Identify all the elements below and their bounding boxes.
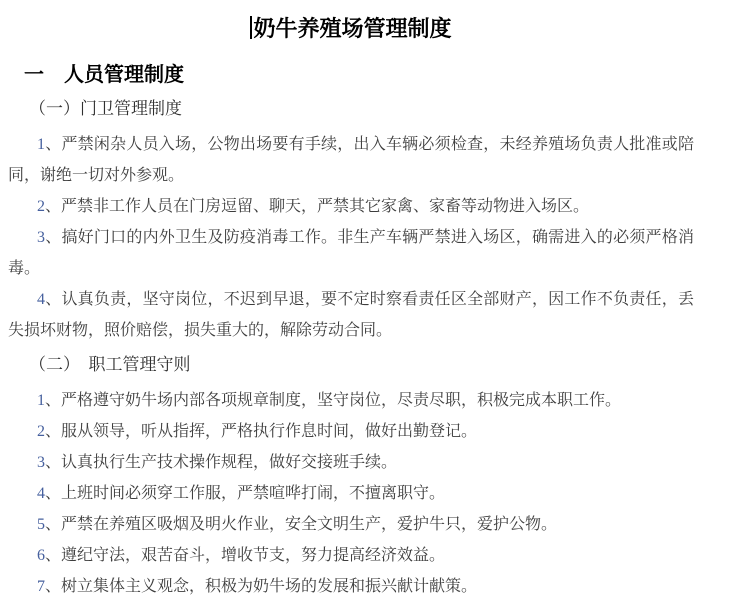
item-text: 严禁非工作人员在门房逗留、聊天，严禁其它家禽、家畜等动物进入场区。 xyxy=(61,198,589,215)
section-heading: （二） 职工管理守则 xyxy=(29,353,694,377)
item-separator: 、 xyxy=(45,454,61,471)
item-number: 3 xyxy=(37,454,45,471)
item-text: 搞好门口的内外卫生及防疫消毒工作。非生产车辆严禁进入场区，确需进入的必须严格消毒… xyxy=(8,229,694,277)
item-number: 2 xyxy=(37,198,45,215)
item-number: 2 xyxy=(37,423,45,440)
item-number: 1 xyxy=(37,136,45,153)
item-text: 遵纪守法，艰苦奋斗，增收节支，努力提高经济效益。 xyxy=(61,547,445,564)
item-separator: 、 xyxy=(45,578,61,595)
document-title: 奶牛养殖场管理制度 xyxy=(253,16,451,41)
item-separator: 、 xyxy=(45,392,61,409)
item-separator: 、 xyxy=(45,485,61,502)
item-separator: 、 xyxy=(45,229,61,246)
item-separator: 、 xyxy=(45,547,61,564)
section-heading: （一）门卫管理制度 xyxy=(29,97,694,121)
list-item: 1、严格遵守奶牛场内部各项规章制度，坚守岗位，尽责尽职，积极完成本职工作。 xyxy=(8,385,694,416)
item-separator: 、 xyxy=(45,198,61,215)
item-number: 4 xyxy=(37,291,45,308)
item-separator: 、 xyxy=(45,136,61,153)
list-item: 4、认真负责，坚守岗位，不迟到早退，要不定时察看责任区全部财产，因工作不负责任，… xyxy=(8,284,694,346)
list-item: 6、遵纪守法，艰苦奋斗，增收节支，努力提高经济效益。 xyxy=(8,540,694,571)
item-number: 6 xyxy=(37,547,45,564)
list-item: 4、上班时间必须穿工作服，严禁喧哗打闹，不擅离职守。 xyxy=(8,478,694,509)
list-item: 7、树立集体主义观念，积极为奶牛场的发展和振兴献计献策。 xyxy=(8,571,694,602)
section-paragraphs: 1、严格遵守奶牛场内部各项规章制度，坚守岗位，尽责尽职，积极完成本职工作。 2、… xyxy=(8,385,694,602)
item-text: 严禁在养殖区吸烟及明火作业，安全文明生产，爱护牛只，爱护公物。 xyxy=(61,516,557,533)
item-text: 认真执行生产技术操作规程，做好交接班手续。 xyxy=(61,454,397,471)
item-text: 严禁闲杂人员入场，公物出场要有手续，出入车辆必须检查，未经养殖场负责人批准或陪同… xyxy=(8,136,694,184)
section-paragraphs: 1、严禁闲杂人员入场，公物出场要有手续，出入车辆必须检查，未经养殖场负责人批准或… xyxy=(8,129,694,346)
item-text: 树立集体主义观念，积极为奶牛场的发展和振兴献计献策。 xyxy=(61,578,477,595)
item-separator: 、 xyxy=(45,516,61,533)
item-text: 严格遵守奶牛场内部各项规章制度，坚守岗位，尽责尽职，积极完成本职工作。 xyxy=(61,392,621,409)
chapter-heading: 一 人员管理制度 xyxy=(24,62,694,88)
list-item: 2、严禁非工作人员在门房逗留、聊天，严禁其它家禽、家畜等动物进入场区。 xyxy=(8,191,694,222)
item-number: 5 xyxy=(37,516,45,533)
document-title-line: 奶牛养殖场管理制度 xyxy=(8,13,694,45)
section-gate-management: （一）门卫管理制度 1、严禁闲杂人员入场，公物出场要有手续，出入车辆必须检查，未… xyxy=(8,97,694,346)
item-text: 认真负责，坚守岗位，不迟到早退，要不定时察看责任区全部财产，因工作不负责任，丢失… xyxy=(8,291,694,339)
item-number: 3 xyxy=(37,229,45,246)
item-text: 上班时间必须穿工作服，严禁喧哗打闹，不擅离职守。 xyxy=(61,485,445,502)
list-item: 3、搞好门口的内外卫生及防疫消毒工作。非生产车辆严禁进入场区，确需进入的必须严格… xyxy=(8,222,694,284)
section-staff-rules: （二） 职工管理守则 1、严格遵守奶牛场内部各项规章制度，坚守岗位，尽责尽职，积… xyxy=(8,353,694,602)
item-number: 7 xyxy=(37,578,45,595)
list-item: 5、严禁在养殖区吸烟及明火作业，安全文明生产，爱护牛只，爱护公物。 xyxy=(8,509,694,540)
item-text: 服从领导，听从指挥，严格执行作息时间，做好出勤登记。 xyxy=(61,423,477,440)
item-separator: 、 xyxy=(45,423,61,440)
list-item: 2、服从领导，听从指挥，严格执行作息时间，做好出勤登记。 xyxy=(8,416,694,447)
list-item: 3、认真执行生产技术操作规程，做好交接班手续。 xyxy=(8,447,694,478)
document-page: 奶牛养殖场管理制度 一 人员管理制度 （一）门卫管理制度 1、严禁闲杂人员入场，… xyxy=(0,0,734,608)
item-number: 4 xyxy=(37,485,45,502)
list-item: 1、严禁闲杂人员入场，公物出场要有手续，出入车辆必须检查，未经养殖场负责人批准或… xyxy=(8,129,694,191)
item-separator: 、 xyxy=(45,291,61,308)
item-number: 1 xyxy=(37,392,45,409)
